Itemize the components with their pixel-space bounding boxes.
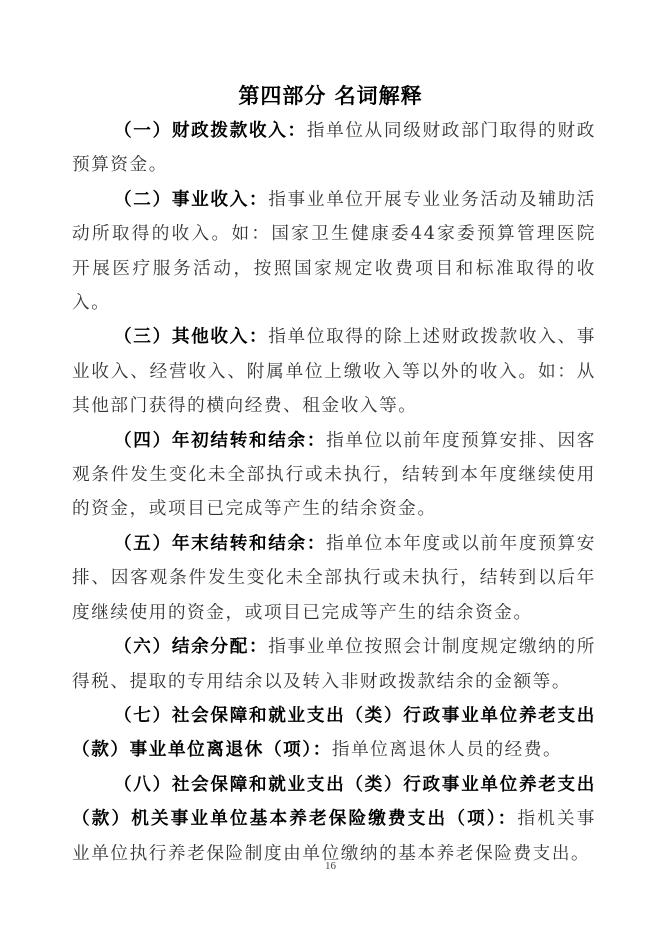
- term-label: （四）年初结转和结余：: [114, 430, 326, 451]
- definition-paragraph-3: （三）其他收入：指单位取得的除上述财政拨款收入、事业收入、经营收入、附属单位上缴…: [72, 320, 596, 423]
- term-label: （六）结余分配：: [114, 636, 268, 657]
- term-label: （一）财政拨款收入：: [114, 120, 307, 141]
- definition-paragraph-1: （一）财政拨款收入：指单位从同级财政部门取得的财政预算资金。: [72, 114, 596, 183]
- term-label: （五）年末结转和结余：: [114, 533, 326, 554]
- definition-paragraph-5: （五）年末结转和结余：指单位本年度或以前年度预算安排、因客观条件发生变化未全部执…: [72, 527, 596, 630]
- definition-paragraph-6: （六）结余分配：指事业单位按照会计制度规定缴纳的所得税、提取的专用结余以及转入非…: [72, 630, 596, 699]
- term-label: （二）事业收入：: [114, 189, 268, 210]
- document-page: 第四部分 名词解释 （一）财政拨款收入：指单位从同级财政部门取得的财政预算资金。…: [0, 0, 661, 935]
- term-label: （三）其他收入：: [114, 326, 268, 347]
- definition-paragraph-7: （七）社会保障和就业支出（类）行政事业单位养老支出（款）事业单位离退休（项）：指…: [72, 699, 596, 768]
- page-number: 16: [0, 860, 661, 872]
- section-title: 第四部分 名词解释: [0, 80, 661, 110]
- definition-paragraph-8: （八）社会保障和就业支出（类）行政事业单位养老支出（款）机关事业单位基本养老保险…: [72, 768, 596, 871]
- document-body: （一）财政拨款收入：指单位从同级财政部门取得的财政预算资金。 （二）事业收入：指…: [72, 114, 596, 871]
- definition-paragraph-2: （二）事业收入：指事业单位开展专业业务活动及辅助活动所取得的收入。如：国家卫生健…: [72, 183, 596, 321]
- term-definition: 指单位离退休人员的经费。: [332, 740, 562, 760]
- definition-paragraph-4: （四）年初结转和结余：指单位以前年度预算安排、因客观条件发生变化未全部执行或未执…: [72, 424, 596, 527]
